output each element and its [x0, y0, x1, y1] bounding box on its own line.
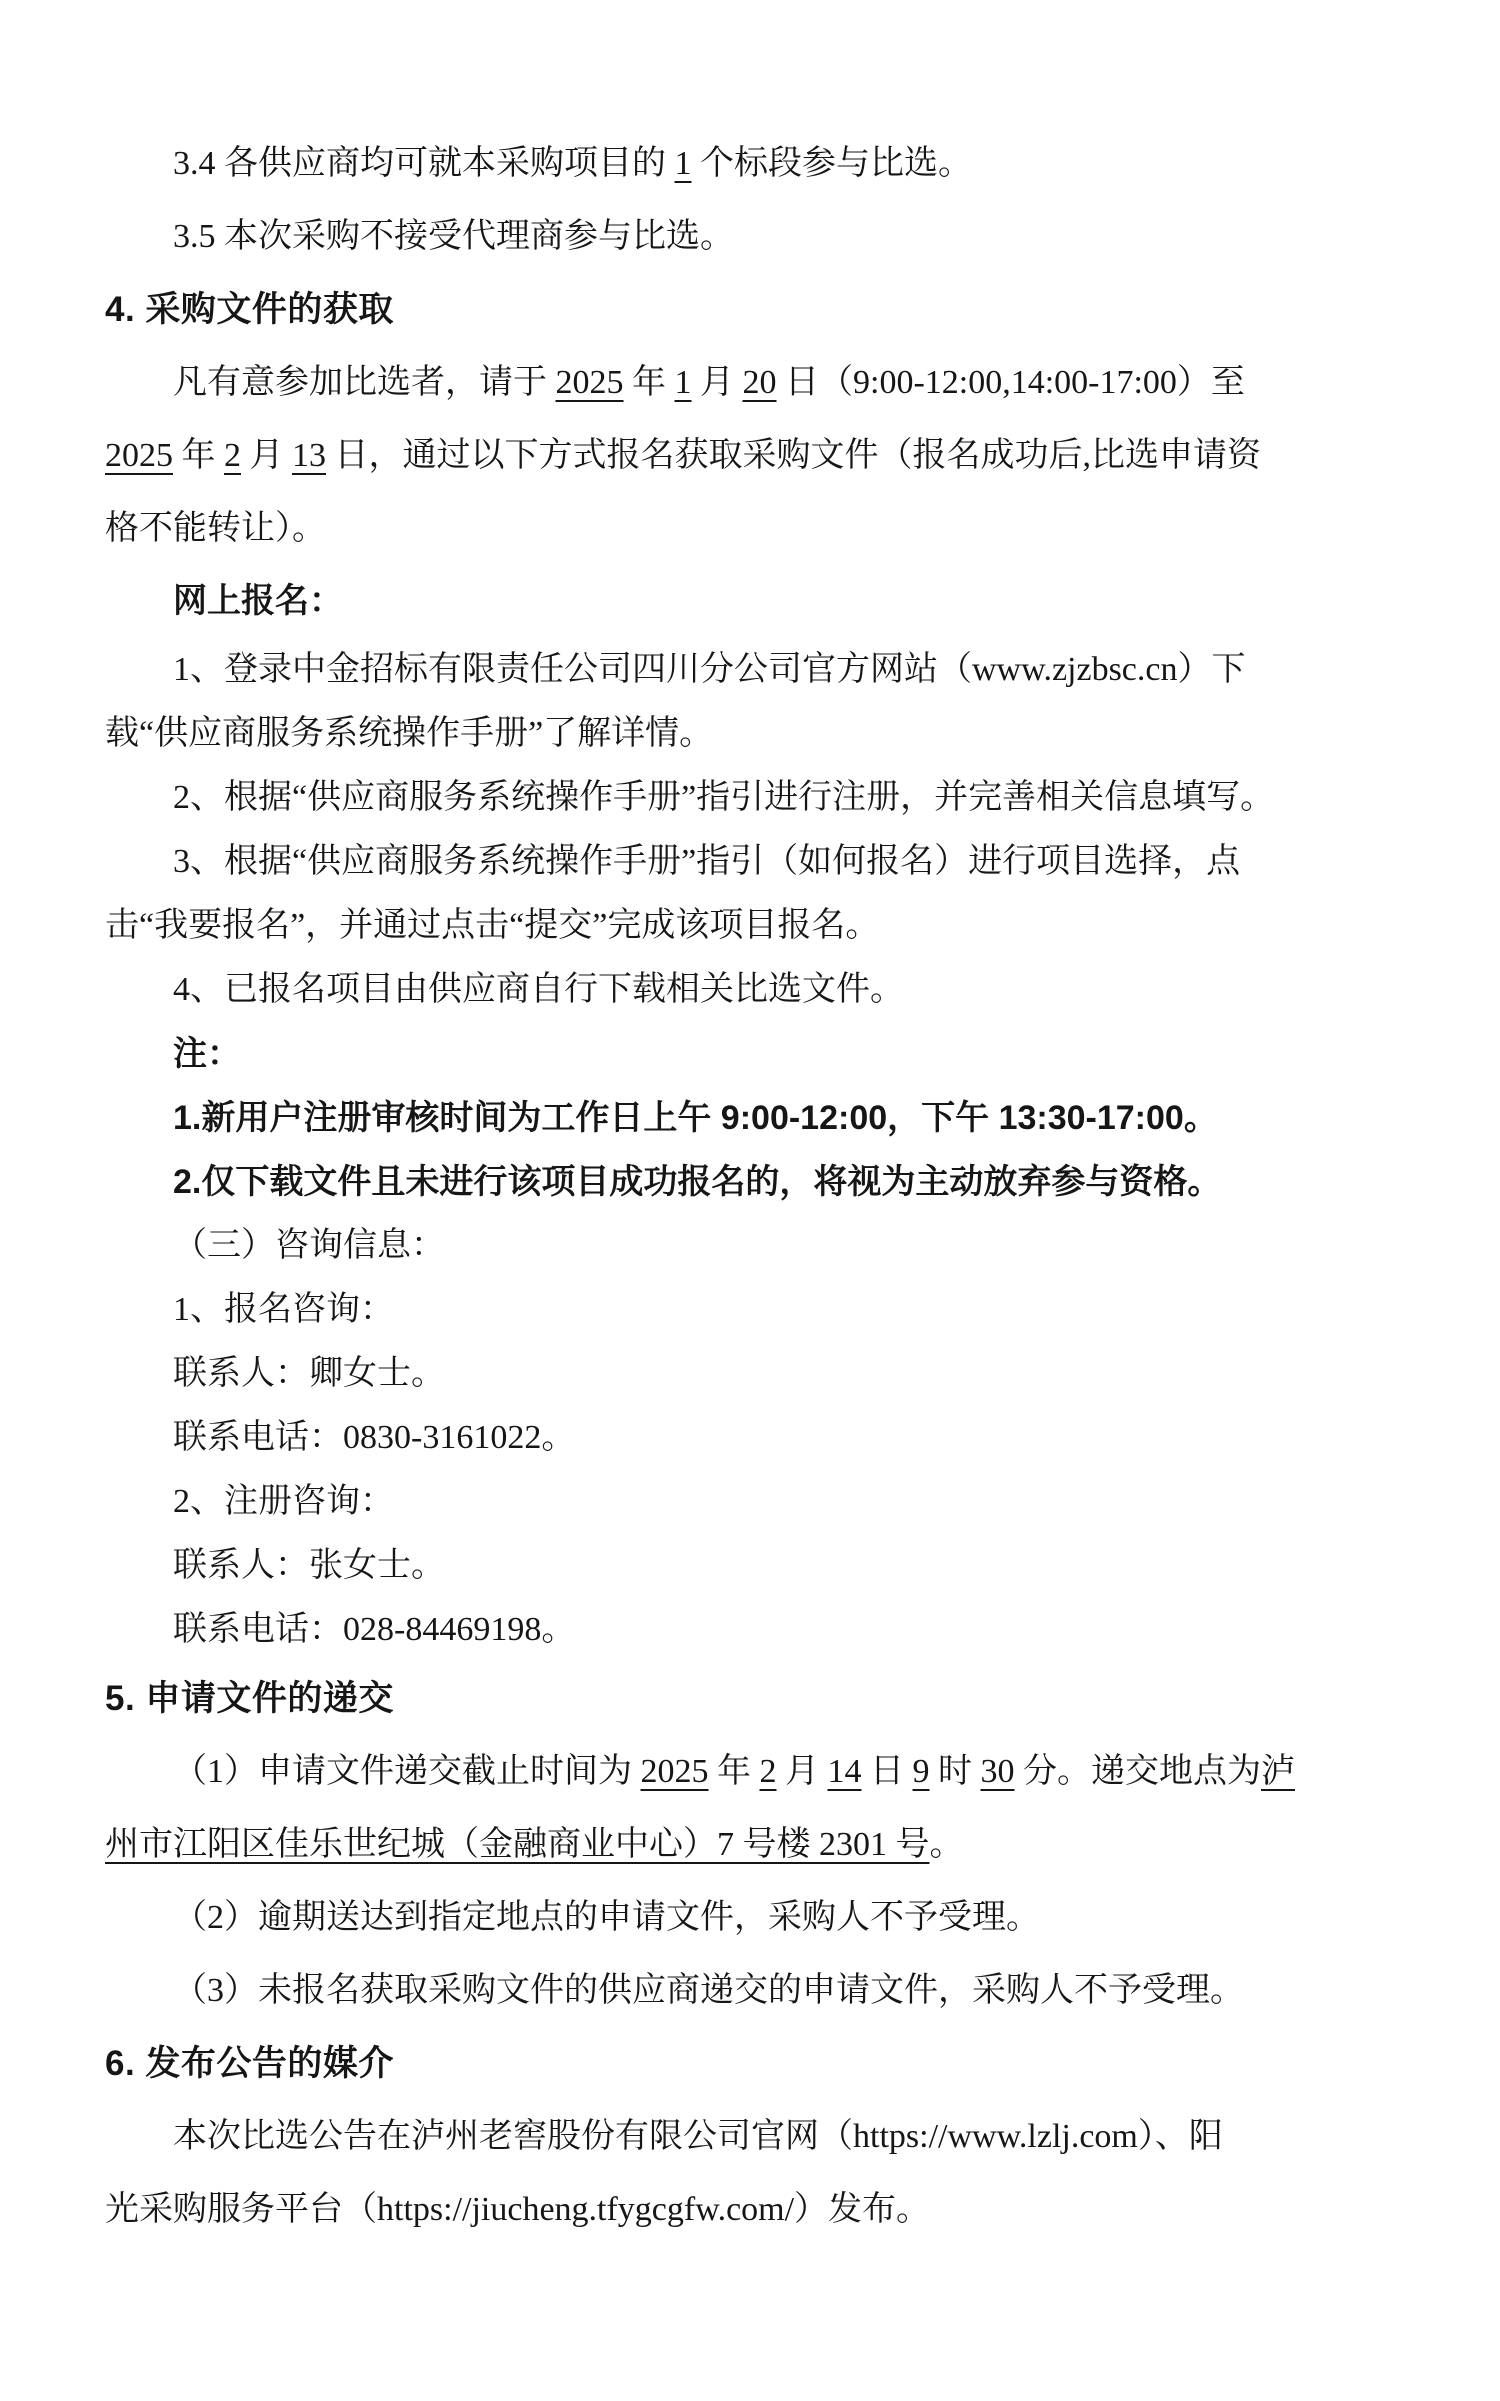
- text-line: 注：: [105, 1022, 1395, 1086]
- underlined-text: 2025: [641, 1753, 709, 1790]
- underlined-text: 20: [743, 364, 777, 401]
- text-line: 网上报名：: [105, 565, 1395, 638]
- underlined-text: 9: [913, 1753, 930, 1790]
- text-line: 6. 发布公告的媒介: [105, 2027, 1395, 2100]
- text-line: 联系人：张女士。: [105, 1534, 1395, 1598]
- document-text-block: 3.4 各供应商均可就本采购项目的 1 个标段参与比选。3.5 本次采购不接受代…: [105, 127, 1395, 2246]
- text-segment: 时: [930, 1753, 981, 1790]
- text-segment: 3.4 各供应商均可就本采购项目的: [173, 145, 675, 182]
- text-segment: 凡有意参加比选者，请于: [173, 364, 556, 401]
- text-line: 1、报名咨询：: [105, 1278, 1395, 1342]
- text-line: 载“供应商服务系统操作手册”了解详情。: [105, 702, 1395, 766]
- text-segment: 日: [862, 1753, 913, 1790]
- underlined-text: 泸: [1261, 1753, 1295, 1790]
- text-line: （1）申请文件递交截止时间为 2025 年 2 月 14 日 9 时 30 分。…: [105, 1735, 1395, 1808]
- text-line: （三）咨询信息：: [105, 1214, 1395, 1278]
- underlined-text: 2: [224, 437, 241, 474]
- text-segment: 月: [241, 437, 292, 474]
- text-segment: 1.新用户注册审核时间为工作日上午 9:00-12:00，下午 13:30-17…: [173, 1099, 1218, 1137]
- text-segment: （3）未报名获取采购文件的供应商递交的申请文件，采购人不予受理。: [173, 1972, 1244, 2009]
- text-segment: 光采购服务平台（https://jiucheng.tfygcgfw.com/）发…: [105, 2191, 930, 2228]
- text-segment: 联系电话：0830-3161022。: [173, 1419, 575, 1456]
- text-line: 4. 采购文件的获取: [105, 273, 1395, 346]
- text-segment: （1）申请文件递交截止时间为: [173, 1753, 641, 1790]
- text-segment: 3、根据“供应商服务系统操作手册”指引（如何报名）进行项目选择，点: [173, 843, 1240, 880]
- text-segment: 1、报名咨询：: [173, 1291, 394, 1328]
- text-segment: 2、根据“供应商服务系统操作手册”指引进行注册，并完善相关信息填写。: [173, 779, 1274, 816]
- text-segment: 联系人：卿女士。: [173, 1355, 445, 1392]
- text-segment: 5. 申请文件的递交: [105, 1679, 394, 1718]
- text-segment: 日，通过以下方式报名获取采购文件（报名成功后,比选申请资: [326, 437, 1261, 474]
- underlined-text: 2: [760, 1753, 777, 1790]
- text-line: 格不能转让）。: [105, 492, 1395, 565]
- text-segment: （2）逾期送达到指定地点的申请文件，采购人不予受理。: [173, 1899, 1040, 1936]
- text-line: 2、根据“供应商服务系统操作手册”指引进行注册，并完善相关信息填写。: [105, 766, 1395, 830]
- text-line: 州市江阳区佳乐世纪城（金融商业中心）7 号楼 2301 号。: [105, 1808, 1395, 1881]
- text-segment: 注：: [173, 1035, 241, 1073]
- text-segment: 月: [777, 1753, 828, 1790]
- text-segment: 本次比选公告在泸州老窖股份有限公司官网（https://www.lzlj.com…: [173, 2118, 1223, 2155]
- underlined-text: 1: [675, 145, 692, 182]
- text-line: 1.新用户注册审核时间为工作日上午 9:00-12:00，下午 13:30-17…: [105, 1086, 1395, 1150]
- text-line: 2.仅下载文件且未进行该项目成功报名的，将视为主动放弃参与资格。: [105, 1150, 1395, 1214]
- text-line: 5. 申请文件的递交: [105, 1662, 1395, 1735]
- text-line: 4、已报名项目由供应商自行下载相关比选文件。: [105, 958, 1395, 1022]
- text-segment: 联系电话：028-84469198。: [173, 1611, 575, 1648]
- text-segment: 个标段参与比选。: [692, 145, 973, 182]
- text-segment: 月: [692, 364, 743, 401]
- underlined-text: 1: [675, 364, 692, 401]
- text-line: 3、根据“供应商服务系统操作手册”指引（如何报名）进行项目选择，点: [105, 830, 1395, 894]
- document-page: 3.4 各供应商均可就本采购项目的 1 个标段参与比选。3.5 本次采购不接受代…: [0, 0, 1500, 2401]
- text-line: 2、注册咨询：: [105, 1470, 1395, 1534]
- text-segment: 3.5 本次采购不接受代理商参与比选。: [173, 218, 734, 255]
- underlined-text: 30: [981, 1753, 1015, 1790]
- text-line: 联系人：卿女士。: [105, 1342, 1395, 1406]
- text-line: 光采购服务平台（https://jiucheng.tfygcgfw.com/）发…: [105, 2173, 1395, 2246]
- underlined-text: 2025: [556, 364, 624, 401]
- text-segment: 分。递交地点为: [1015, 1753, 1262, 1790]
- text-segment: 载“供应商服务系统操作手册”了解详情。: [105, 715, 713, 752]
- text-segment: 4、已报名项目由供应商自行下载相关比选文件。: [173, 971, 904, 1008]
- text-line: 联系电话：028-84469198。: [105, 1598, 1395, 1662]
- text-segment: 4. 采购文件的获取: [105, 290, 394, 329]
- underlined-text: 13: [292, 437, 326, 474]
- text-line: 凡有意参加比选者，请于 2025 年 1 月 20 日（9:00-12:00,1…: [105, 346, 1395, 419]
- underlined-text: 2025: [105, 437, 173, 474]
- text-line: 3.5 本次采购不接受代理商参与比选。: [105, 200, 1395, 273]
- text-segment: 网上报名：: [173, 582, 343, 620]
- text-line: 1、登录中金招标有限责任公司四川分公司官方网站（www.zjzbsc.cn）下: [105, 638, 1395, 702]
- text-segment: 日（9:00-12:00,14:00-17:00）至: [777, 364, 1245, 401]
- text-line: （2）逾期送达到指定地点的申请文件，采购人不予受理。: [105, 1881, 1395, 1954]
- text-segment: 联系人：张女士。: [173, 1547, 445, 1584]
- text-segment: 2.仅下载文件且未进行该项目成功报名的，将视为主动放弃参与资格。: [173, 1163, 1221, 1201]
- text-segment: 年: [709, 1753, 760, 1790]
- text-line: 3.4 各供应商均可就本采购项目的 1 个标段参与比选。: [105, 127, 1395, 200]
- text-line: 本次比选公告在泸州老窖股份有限公司官网（https://www.lzlj.com…: [105, 2100, 1395, 2173]
- text-line: 2025 年 2 月 13 日，通过以下方式报名获取采购文件（报名成功后,比选申…: [105, 419, 1395, 492]
- text-segment: （三）咨询信息：: [173, 1227, 445, 1264]
- text-segment: 年: [173, 437, 224, 474]
- text-segment: 2、注册咨询：: [173, 1483, 394, 1520]
- text-line: 击“我要报名”，并通过点击“提交”完成该项目报名。: [105, 894, 1395, 958]
- text-segment: 6. 发布公告的媒介: [105, 2044, 394, 2083]
- underlined-text: 14: [828, 1753, 862, 1790]
- text-line: （3）未报名获取采购文件的供应商递交的申请文件，采购人不予受理。: [105, 1954, 1395, 2027]
- text-segment: 击“我要报名”，并通过点击“提交”完成该项目报名。: [105, 907, 879, 944]
- text-segment: 格不能转让）。: [105, 510, 326, 547]
- underlined-text: 州市江阳区佳乐世纪城（金融商业中心）7 号楼 2301 号: [105, 1826, 930, 1863]
- text-segment: 年: [624, 364, 675, 401]
- text-segment: 。: [930, 1826, 964, 1863]
- text-line: 联系电话：0830-3161022。: [105, 1406, 1395, 1470]
- text-segment: 1、登录中金招标有限责任公司四川分公司官方网站（www.zjzbsc.cn）下: [173, 651, 1246, 688]
